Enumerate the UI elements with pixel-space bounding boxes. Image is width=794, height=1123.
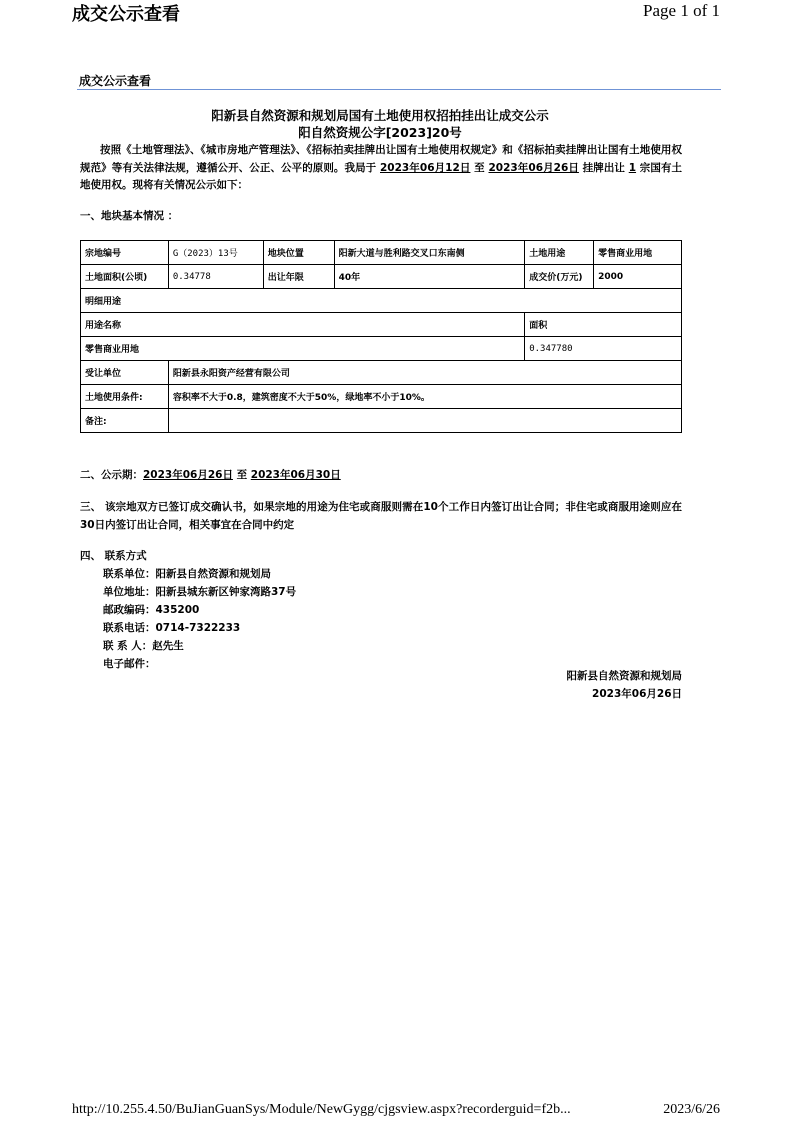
- contact-unit: 联系单位：阳新县自然资源和规划局: [103, 565, 296, 583]
- intro-text: 至: [470, 162, 488, 174]
- signature-date: 2023年06月26日: [567, 685, 683, 703]
- header-use-area: 面积: [525, 313, 682, 337]
- page-title: 成交公示查看: [79, 72, 151, 89]
- label-detail-use: 明细用途: [81, 289, 682, 313]
- contact-address: 单位地址：阳新县城东新区钟家湾路37号: [103, 583, 296, 601]
- section1-heading: 一、地块基本情况 ：: [80, 208, 178, 223]
- signature-block: 阳新县自然资源和规划局 2023年06月26日: [567, 667, 683, 703]
- listing-end-date: 2023年06月26日: [489, 162, 579, 174]
- value-use-name: 零售商业用地: [81, 337, 525, 361]
- notice-number: 阳自然资规公字[2023]20号: [80, 124, 680, 142]
- label-area: 土地面积(公顷): [81, 265, 169, 289]
- table-row: 明细用途: [81, 289, 682, 313]
- value-grantee: 阳新县永阳资产经营有限公司: [168, 361, 681, 385]
- label-land-use: 土地用途: [525, 241, 594, 265]
- listing-start-date: 2023年06月12日: [380, 162, 470, 174]
- section4-heading: 四、 联系方式: [80, 548, 147, 563]
- print-footer-url: http://10.255.4.50/BuJianGuanSys/Module/…: [72, 1102, 571, 1118]
- value-price: 2000: [594, 265, 682, 289]
- publicity-end-date: 2023年06月30日: [251, 469, 341, 481]
- table-row: 宗地编号 G（2023）13号 地块位置 阳新大道与胜利路交叉口东南侧 土地用途…: [81, 241, 682, 265]
- notice-title: 阳新县自然资源和规划局国有土地使用权招拍挂出让成交公示: [80, 107, 680, 125]
- value-conditions: 容积率不大于0.8，建筑密度不大于50%，绿地率不小于10%。: [168, 385, 681, 409]
- parcel-count: 1: [629, 162, 636, 174]
- table-row: 备注:: [81, 409, 682, 433]
- label-location: 地块位置: [263, 241, 334, 265]
- publicity-start-date: 2023年06月26日: [143, 469, 233, 481]
- section3-contract-note: 三、 该宗地双方已签订成交确认书，如果宗地的用途为住宅或商服则需在10个工作日内…: [80, 498, 682, 534]
- value-use-area: 0.347780: [525, 337, 682, 361]
- value-parcel-id: G（2023）13号: [168, 241, 263, 265]
- label-price: 成交价(万元): [525, 265, 594, 289]
- contact-person: 联 系 人：赵先生: [103, 637, 296, 655]
- notice-intro: 按照《土地管理法》、《城市房地产管理法》、《招标拍卖挂牌出让国有土地使用权规定》…: [80, 142, 682, 195]
- land-info-table: 宗地编号 G（2023）13号 地块位置 阳新大道与胜利路交叉口东南侧 土地用途…: [80, 240, 682, 433]
- table-row: 土地使用条件: 容积率不大于0.8，建筑密度不大于50%，绿地率不小于10%。: [81, 385, 682, 409]
- value-term: 40年: [334, 265, 525, 289]
- signature-org: 阳新县自然资源和规划局: [567, 667, 683, 685]
- contact-phone: 联系电话：0714-7322233: [103, 619, 296, 637]
- contact-postcode: 邮政编码：435200: [103, 601, 296, 619]
- table-row: 零售商业用地 0.347780: [81, 337, 682, 361]
- value-land-use: 零售商业用地: [594, 241, 682, 265]
- table-row: 土地面积(公顷) 0.34778 出让年限 40年 成交价(万元) 2000: [81, 265, 682, 289]
- label-conditions: 土地使用条件:: [81, 385, 169, 409]
- publicity-label: 二、公示期：: [80, 469, 143, 481]
- print-footer-date: 2023/6/26: [663, 1102, 720, 1118]
- section2-publicity-period: 二、公示期：2023年06月26日 至 2023年06月30日: [80, 467, 341, 482]
- header-use-name: 用途名称: [81, 313, 525, 337]
- publicity-to: 至: [233, 469, 251, 481]
- label-grantee: 受让单位: [81, 361, 169, 385]
- label-parcel-id: 宗地编号: [81, 241, 169, 265]
- title-divider: [77, 89, 721, 90]
- contact-info: 联系单位：阳新县自然资源和规划局 单位地址：阳新县城东新区钟家湾路37号 邮政编…: [103, 565, 296, 673]
- table-row: 用途名称 面积: [81, 313, 682, 337]
- table-row: 受让单位 阳新县永阳资产经营有限公司: [81, 361, 682, 385]
- value-location: 阳新大道与胜利路交叉口东南侧: [334, 241, 525, 265]
- intro-text: 挂牌出让: [579, 162, 629, 174]
- print-header-title: 成交公示查看: [72, 0, 180, 26]
- contact-email: 电子邮件：: [103, 655, 296, 673]
- value-area: 0.34778: [168, 265, 263, 289]
- value-remarks: [168, 409, 681, 433]
- label-term: 出让年限: [263, 265, 334, 289]
- label-remarks: 备注:: [81, 409, 169, 433]
- page-number: Page 1 of 1: [643, 1, 720, 21]
